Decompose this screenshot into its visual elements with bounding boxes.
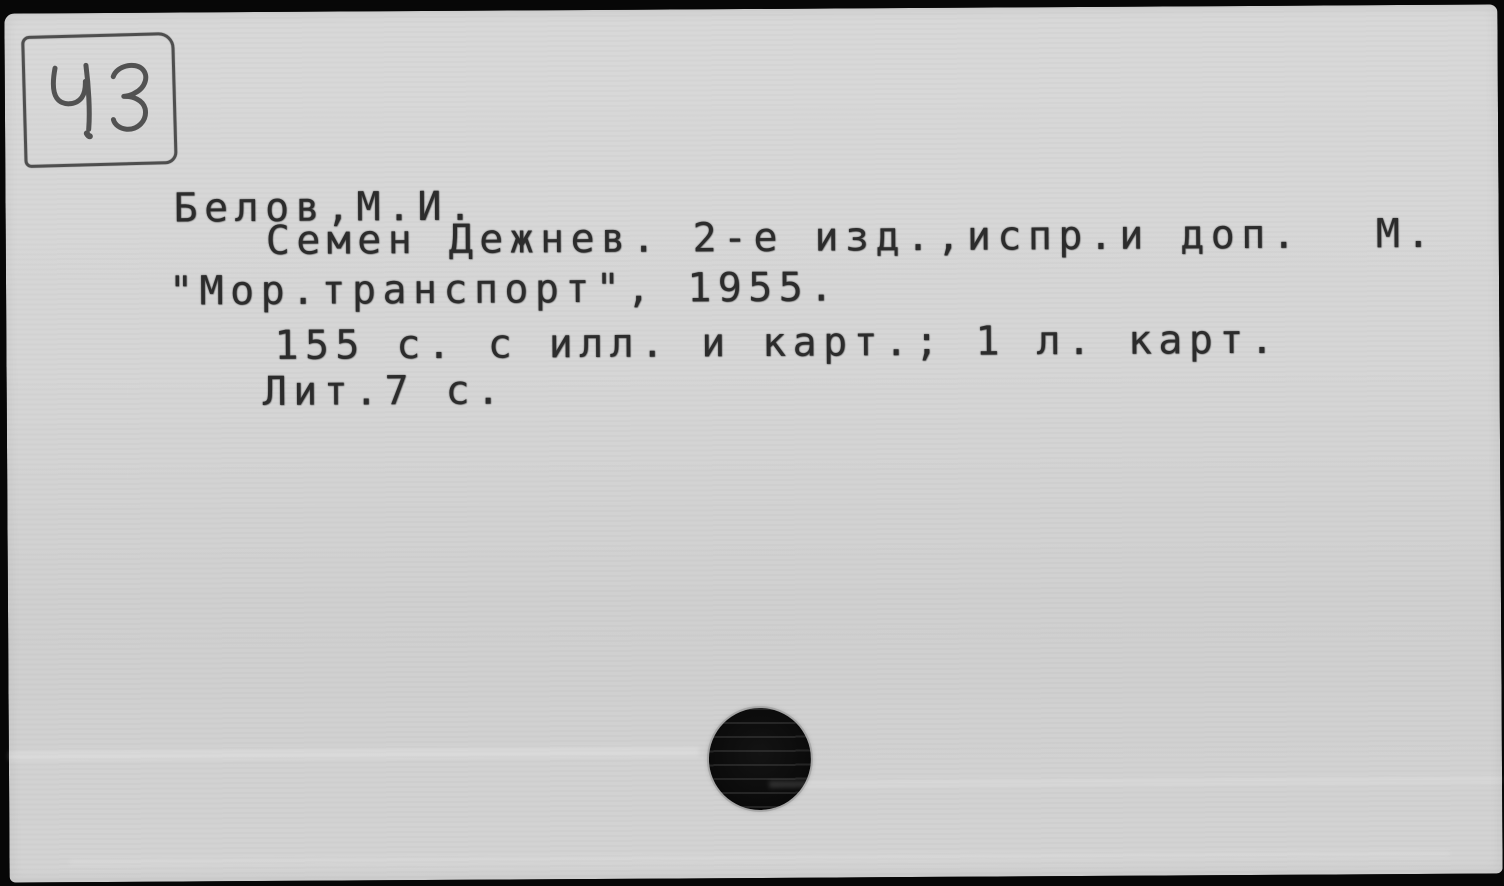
scan-artifact-streak [769, 776, 1502, 787]
publisher-line: "Мор.транспорт", 1955. [169, 267, 840, 311]
collation-line: 155 с. с илл. и карт.; 1 л. карт. [274, 320, 1280, 366]
title-line: Семен Дежнев. 2-е изд.,испр.и доп. [266, 215, 1303, 261]
scan-artifact-streak [70, 851, 1450, 865]
punch-hole [709, 708, 812, 811]
classification-stamp: Ч3 [21, 32, 178, 168]
bibliography-line: Лит.7 с. [263, 371, 507, 412]
place-of-publication: М. [1376, 214, 1437, 254]
scan-artifact-streak [9, 747, 699, 760]
catalog-card: Ч3 Белов,М.И. Семен Дежнев. 2-е изд.,исп… [4, 4, 1502, 882]
scan-background: Ч3 Белов,М.И. Семен Дежнев. 2-е изд.,исп… [0, 0, 1504, 886]
handwritten-ch3-glyph [24, 35, 174, 165]
